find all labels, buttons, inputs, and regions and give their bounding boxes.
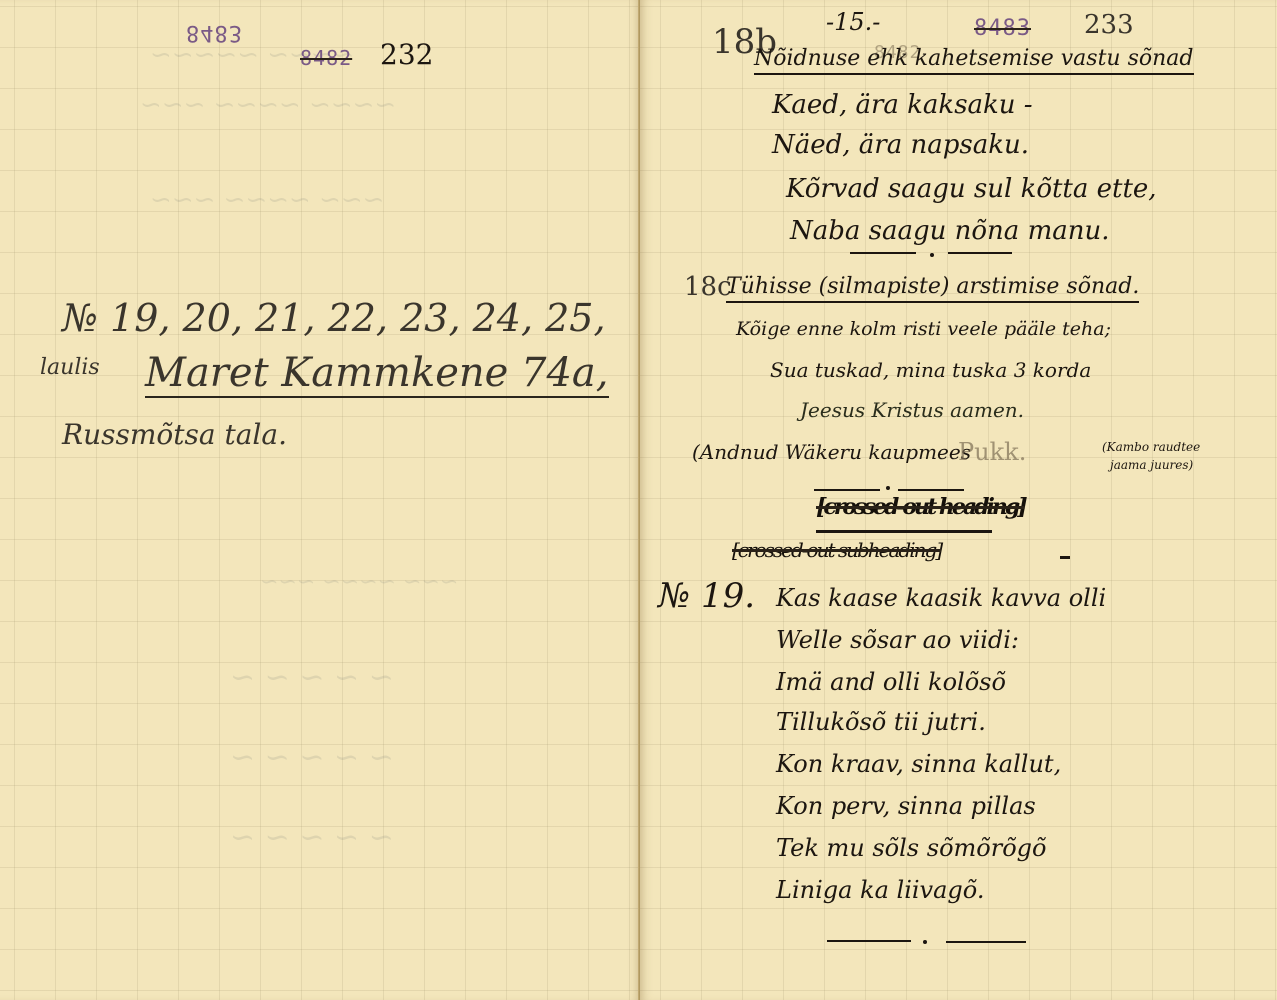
crossed-subheading-text: [crossed-out subheading] [732, 538, 941, 562]
section-title-noidnuse: Nõidnuse ehk kahetsemise vastu sõnad [754, 46, 1194, 75]
crossed-out-heading: [crossed-out heading] [816, 494, 1025, 520]
song-line: Kas kaase kaasik kavva olli [776, 584, 1106, 612]
separator-rule [814, 489, 880, 491]
page-number: 233 [1084, 10, 1134, 40]
incantation-line: Sua tuskad, mina tuska 3 korda [770, 358, 1091, 382]
sung-by-label: laulis [40, 355, 100, 380]
old-archive-number: 8482 [300, 46, 352, 70]
separator-dot [930, 253, 934, 257]
song-numbers: № 19, 20, 21, 22, 23, 24, 25, [62, 296, 606, 340]
separator-rule [850, 252, 916, 254]
song-line: Tillukõsõ tii jutri. [776, 708, 986, 736]
bleed-through-text: ~~~ ~~~~ ~~~ [150, 185, 384, 215]
verse-line: Kõrvad saagu sul kõtta ette, [786, 174, 1157, 204]
song-line: Liniga ka liivagõ. [776, 876, 984, 904]
separator-rule [898, 489, 964, 491]
bleed-through-text: ~~~ ~~~~ ~~~ [260, 570, 458, 595]
verse-line: Kaed, ära kaksaku - [772, 90, 1033, 120]
section-title-tuhisse: Tühisse (silmapiste) arstimise sõnad. [726, 274, 1139, 303]
separator-dot [886, 486, 890, 490]
page-number: 232 [380, 38, 433, 71]
incantation-line: Jeesus Kristus aamen. [800, 398, 1024, 422]
side-note: (Kambo raudtee [1102, 440, 1200, 454]
old-archive-number: 8483 [974, 16, 1031, 41]
song-number-mark: № 19. [658, 576, 755, 616]
end-dot [923, 940, 927, 944]
song-line: Imä and olli kolõsõ [776, 668, 1006, 696]
page-marker: -15.- [826, 8, 880, 36]
dash-mark [1060, 556, 1070, 559]
side-note: jaama juures) [1110, 458, 1193, 472]
left-page: ~~~~ ~~~~~ ~~~~ ~~~~ ~~~ ~~~ ~~~~ ~~~ ~~… [0, 0, 640, 1000]
source-name: Pukk. [958, 438, 1026, 466]
verse-line: Naba saagu nõna manu. [790, 216, 1109, 246]
song-line: Kon perv, sinna pillas [776, 792, 1036, 820]
bleed-through-text: ~~~~ ~~~~ ~~~ [140, 90, 396, 120]
song-line: Kon kraav, sinna kallut, [776, 750, 1061, 778]
archive-stamp-mirrored: 8483 [186, 20, 243, 45]
separator-rule [948, 252, 1012, 254]
heading-underline [816, 530, 992, 533]
bleed-through-text: ~ ~ ~ ~ ~ [230, 740, 394, 775]
right-page: 18b -15.- 8483 233 8482 Nõidnuse ehk kah… [640, 0, 1277, 1000]
bleed-through-text: ~ ~ ~ ~ ~ [230, 820, 394, 855]
manuscript-spread: ~~~~ ~~~~~ ~~~~ ~~~~ ~~~ ~~~ ~~~~ ~~~ ~~… [0, 0, 1277, 1000]
instruction-line: Kõige enne kolm risti veele pääle teha; [736, 318, 1111, 340]
stamp-number: 8483 [186, 20, 243, 45]
end-rule [946, 941, 1026, 943]
bleed-through-text: ~ ~ ~ ~ ~ [230, 660, 394, 695]
end-rule [827, 940, 911, 942]
crossed-heading-text: [crossed-out heading] [816, 494, 1025, 520]
crossed-out-subheading: [crossed-out subheading] [732, 538, 941, 562]
song-line: Welle sõsar ao viidi: [776, 626, 1019, 654]
singer-name: Maret Kammkene 74a, [145, 350, 609, 398]
farm-location: Russmõtsa tala. [62, 418, 287, 451]
song-line: Tek mu sõls sõmõrõgõ [776, 834, 1046, 862]
margin-mark-18c: 18c [684, 272, 732, 302]
verse-line: Näed, ära napsaku. [772, 130, 1029, 160]
source-attribution: (Andnud Wäkeru kaupmees [692, 440, 971, 464]
